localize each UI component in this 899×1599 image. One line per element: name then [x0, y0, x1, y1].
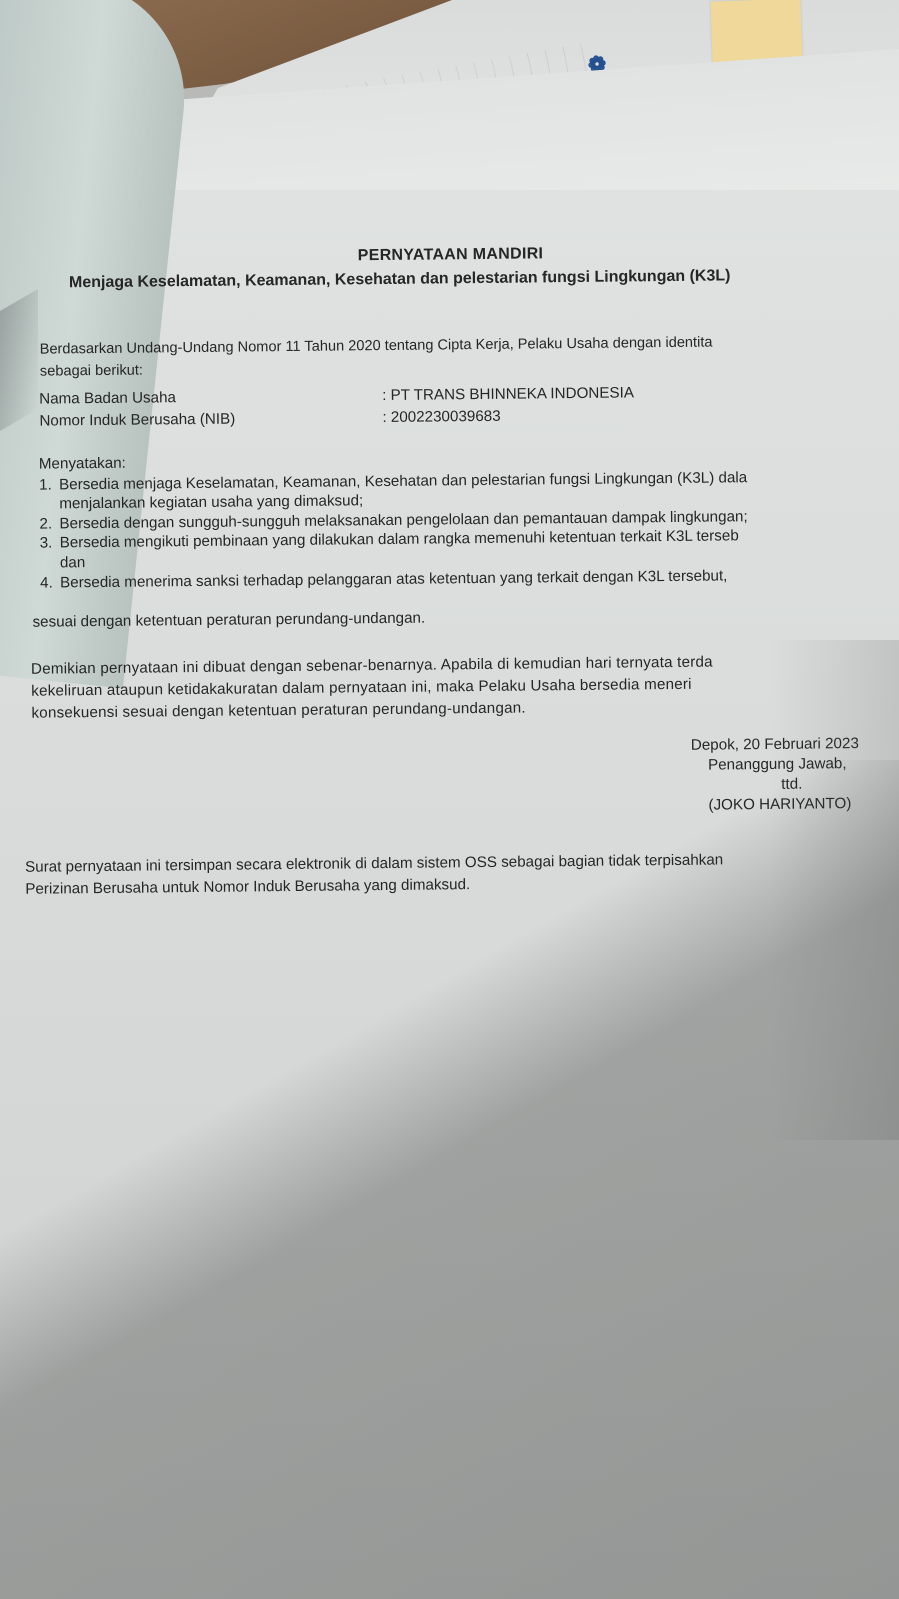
signature-role: Penanggung Jawab,	[708, 754, 847, 775]
closing-line: sesuai dengan ketentuan peraturan perund…	[32, 609, 425, 633]
statement-line-2: kekeliruan ataupun ketidakakuratan dalam…	[31, 675, 692, 702]
document-content: PERNYATAAN MANDIRI Menjaga Keselamatan, …	[0, 0, 899, 1599]
field-value-nib: : 2002230039683	[382, 407, 500, 428]
document-title: PERNYATAAN MANDIRI	[358, 244, 544, 266]
list-item-4: 4.Bersedia menerima sanksi terhadap pela…	[40, 566, 727, 593]
intro-text-line-1: Berdasarkan Undang-Undang Nomor 11 Tahun…	[40, 333, 713, 360]
signature-ttd: ttd.	[781, 775, 802, 795]
intro-text-line-2: sebagai berikut:	[40, 361, 143, 382]
statement-line-3: konsekuensi sesuai dengan ketentuan pera…	[31, 699, 526, 724]
field-value-company-name: : PT TRANS BHINNEKA INDONESIA	[382, 383, 634, 406]
signatory-name: (JOKO HARIYANTO)	[708, 794, 851, 815]
list-item-1: 1.Bersedia menjaga Keselamatan, Keamanan…	[39, 468, 747, 495]
field-label-company-name: Nama Badan Usaha	[39, 388, 176, 409]
footer-line-2: Perizinan Berusaha untuk Nomor Induk Ber…	[25, 875, 470, 900]
declares-label: Menyatakan:	[39, 454, 126, 475]
field-label-nib: Nomor Induk Berusaha (NIB)	[39, 410, 235, 432]
footer-line-1: Surat pernyataan ini tersimpan secara el…	[25, 850, 723, 877]
list-item-3-cont: dan	[60, 553, 86, 573]
signature-place-date: Depok, 20 Februari 2023	[691, 734, 859, 756]
document-subtitle: Menjaga Keselamatan, Keamanan, Kesehatan…	[69, 266, 731, 293]
